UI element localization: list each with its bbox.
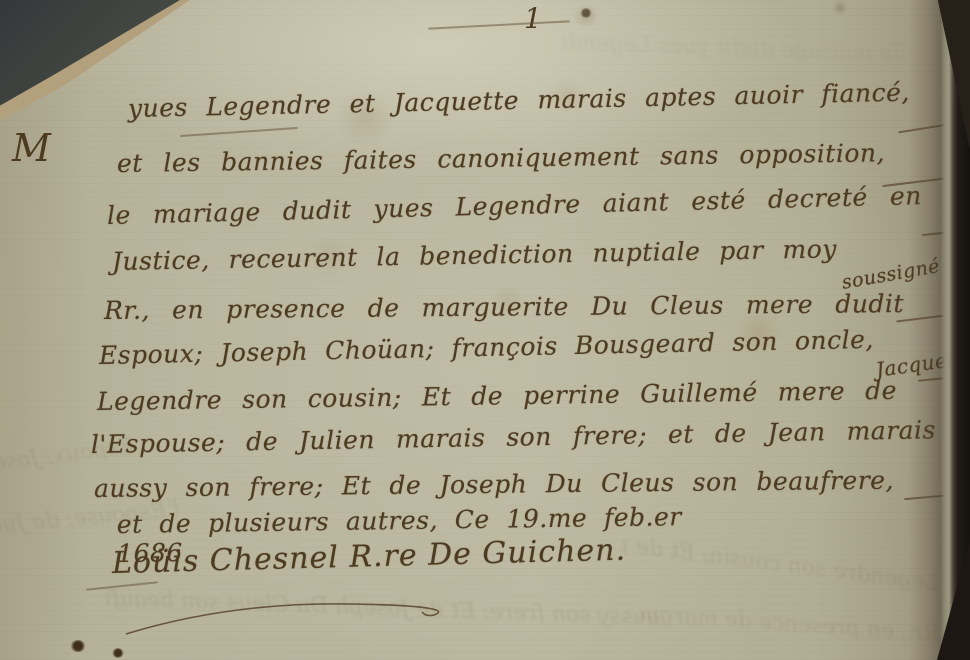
bleedthrough-text: Rr., en presence de marguerite Du Cleus … (639, 602, 940, 648)
record-line: Legendre son cousin; Et de perrine Guill… (97, 376, 897, 416)
pen-underline (86, 581, 158, 590)
strikethrough-stroke (428, 20, 570, 29)
record-line: Justice, receurent la benediction nuptia… (112, 234, 837, 276)
record-line: Rr., en presence de marguerite Du Cleus … (104, 289, 904, 325)
record-line: aussy son frere; Et de Joseph Du Cleus s… (94, 466, 894, 503)
record-line: et les bannies faites canoniquement sans… (117, 138, 885, 178)
manuscript-page-scan: Espoux; Joseph Choüan; françois Bousgear… (0, 0, 970, 660)
pen-underline (180, 127, 298, 137)
ink-blob (580, 8, 592, 18)
signature-paraph-flourish (120, 594, 460, 640)
record-line: le mariage dudit yues Legendre aiant est… (107, 181, 922, 230)
record-line: yues Legendre et Jacquette marais aptes … (128, 78, 910, 123)
record-line: l'Espouse; de Julien marais son frere; e… (91, 415, 936, 459)
ink-blob (70, 640, 86, 652)
record-line: Espoux; Joseph Choüan; françois Bousgear… (99, 325, 874, 370)
page-number: 1 (524, 2, 542, 35)
bleedthrough-text: le mariage dudit yues Legendre aiant est… (560, 30, 901, 67)
margin-initial: M (12, 126, 51, 170)
bleedthrough-text: aussy son frere; Et de Joseph Du Cleus s… (105, 586, 661, 630)
ink-blob (112, 648, 124, 658)
